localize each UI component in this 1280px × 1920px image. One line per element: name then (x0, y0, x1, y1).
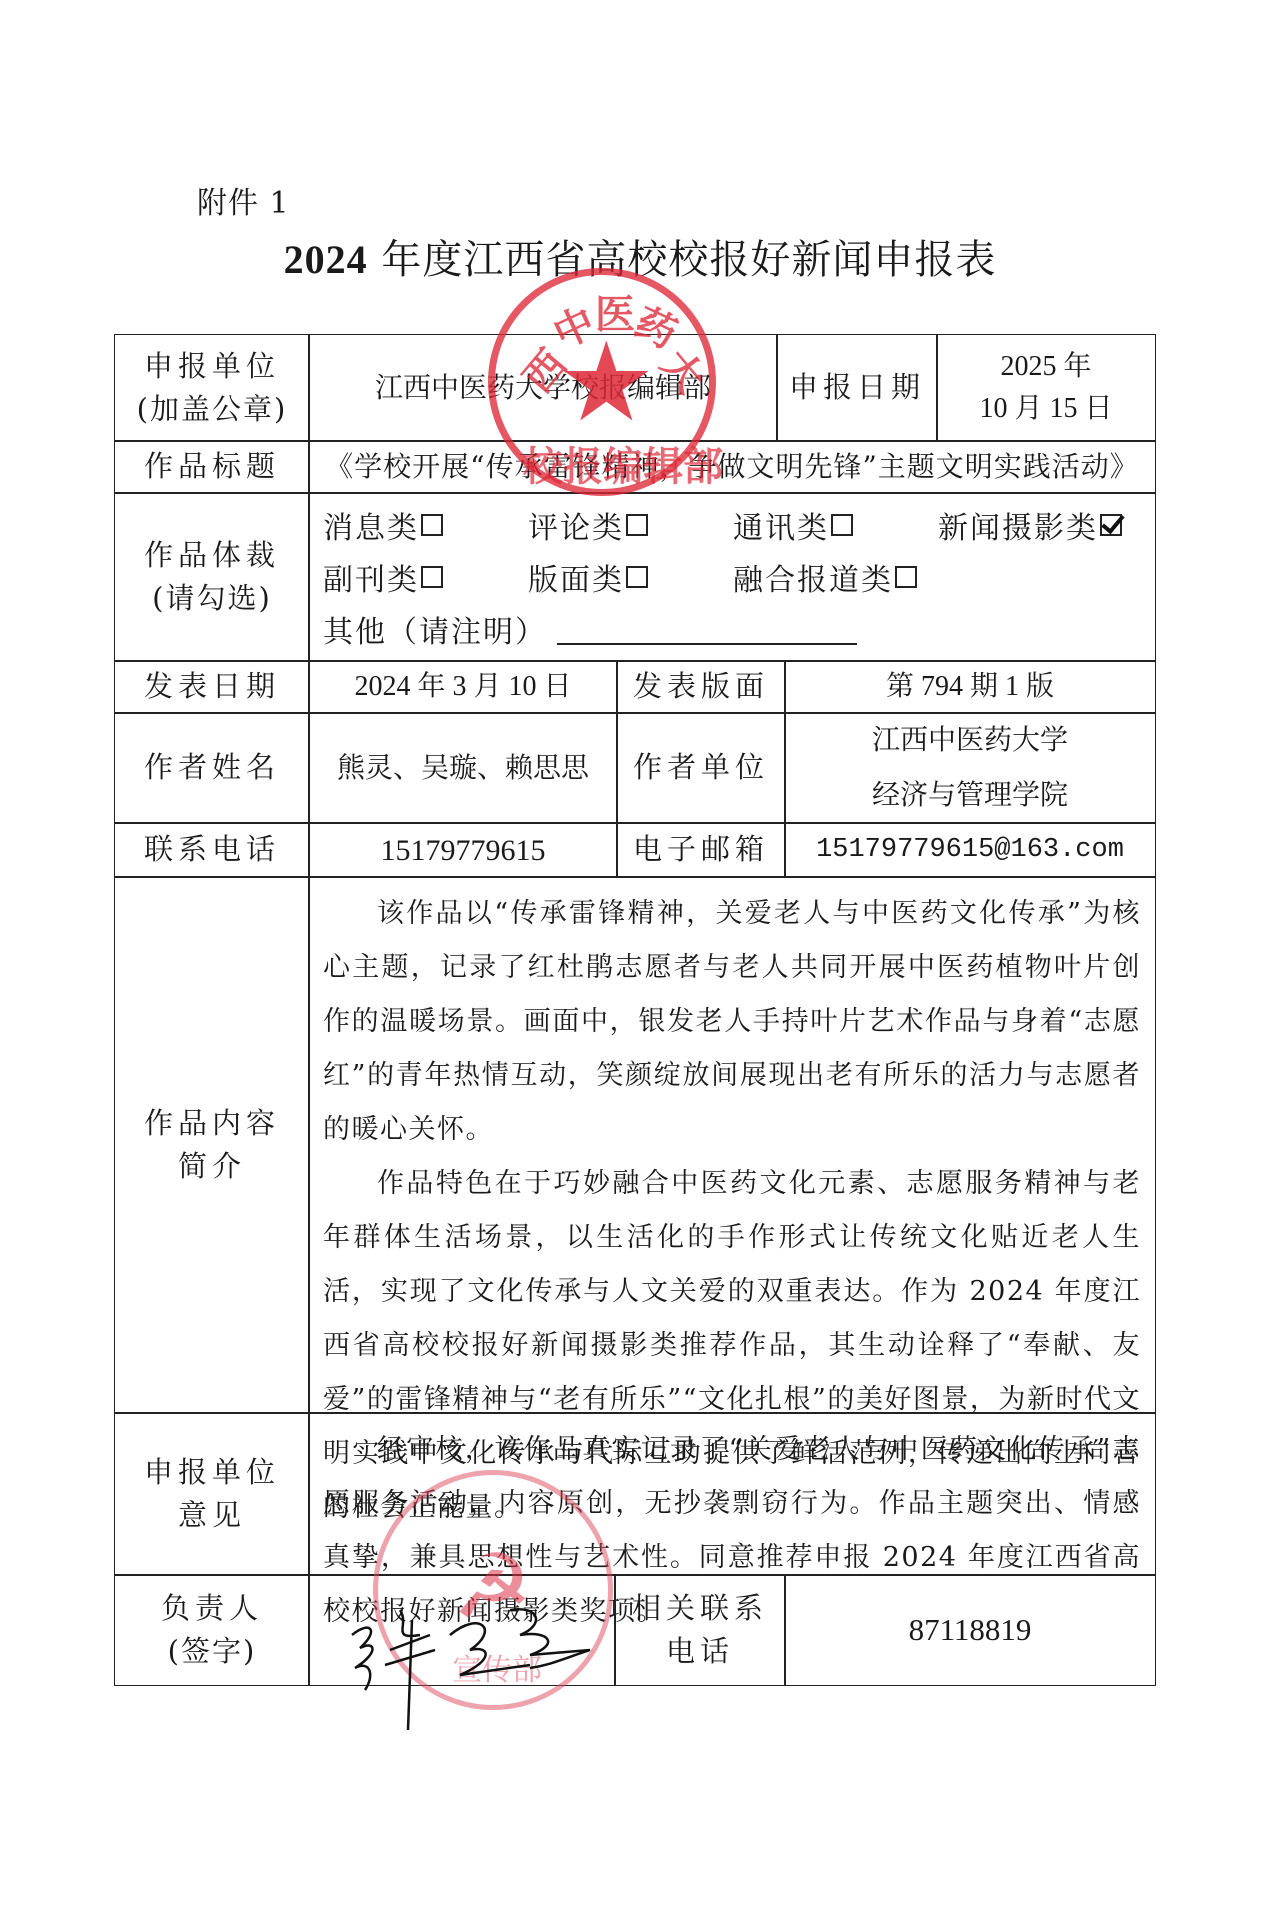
genre-other: 其他（请注明） (323, 607, 547, 651)
option-label: 新闻摄影类 (938, 503, 1098, 547)
opinion-label: 申报单位意见 (114, 1412, 310, 1576)
checkbox-checked-icon[interactable] (1100, 514, 1122, 536)
summary-text: 该作品以“传承雷锋精神，关爱老人与中医药文化传承”为核心主题，记录了红杜鹃志愿者… (308, 876, 1156, 1414)
checkbox-icon[interactable] (421, 566, 443, 588)
option-label: 评论类 (528, 503, 624, 547)
genre-option-convergence[interactable]: 融合报道类 (733, 555, 917, 599)
label-line: 负责人 (161, 1587, 263, 1631)
label-line: 相关联系 (632, 1587, 768, 1631)
checkbox-icon[interactable] (421, 514, 443, 536)
responsible-label: 负责人(签字) (114, 1574, 310, 1686)
label-line: 作品体裁 (144, 534, 280, 578)
date-line: 10 月 15 日 (979, 388, 1112, 430)
label-line: 作品内容 (144, 1102, 280, 1146)
checkbox-icon[interactable] (831, 514, 853, 536)
applicant-unit-value: 江西中医药大学校报编辑部 (308, 334, 778, 442)
phone-label: 联系电话 (114, 822, 310, 878)
publish-date-label: 发表日期 (114, 660, 310, 714)
author-name-value: 熊灵、吴璇、赖思思 (308, 712, 618, 824)
email-label: 电子邮箱 (616, 822, 786, 878)
option-label: 通讯类 (733, 503, 829, 547)
genre-label: 作品体裁(请勾选) (114, 492, 310, 662)
genre-option-supplement[interactable]: 副刊类 (323, 555, 528, 599)
summary-label: 作品内容简介 (114, 876, 310, 1414)
opinion-text: 经审核，该作品真实记录了“关爱老人与中医药文化传承”志愿服务活动，内容原创，无抄… (308, 1412, 1156, 1576)
other-label: 其他（请注明） (323, 607, 547, 651)
document-title: 2024 年度江西省高校校报好新闻申报表 (0, 228, 1280, 285)
author-unit-value: 江西中医药大学经济与管理学院 (784, 712, 1156, 824)
date-line: 2025 年 (979, 346, 1112, 388)
genre-option-photo[interactable]: 新闻摄影类 (938, 503, 1122, 547)
label-line: 简介 (144, 1145, 280, 1189)
unit-line: 经济与管理学院 (872, 768, 1068, 823)
option-label: 版面类 (528, 555, 624, 599)
option-label: 消息类 (323, 503, 419, 547)
label-line: 意见 (144, 1494, 280, 1538)
checkbox-icon[interactable] (626, 566, 648, 588)
work-title-value: 《学校开展“传承雷锋精神，争做文明先锋”主题文明实践活动》 (308, 440, 1156, 494)
title-text: 年度江西省高校校报好新闻申报表 (368, 237, 997, 283)
label-line: 申报单位 (144, 1451, 280, 1495)
genre-option-layout[interactable]: 版面类 (528, 555, 733, 599)
genre-options: 消息类 评论类 通讯类 新闻摄影类 副刊类 版面类 融合报道类 其他（请注明） (308, 492, 1156, 662)
applicant-unit-label: 申报单位(加盖公章) (114, 334, 310, 442)
publish-page-label: 发表版面 (616, 660, 786, 714)
title-year: 2024 (284, 237, 368, 282)
apply-date-value: 2025 年10 月 15 日 (936, 334, 1156, 442)
other-input[interactable] (557, 613, 857, 645)
seal-char: 医 (595, 283, 635, 340)
checkbox-icon[interactable] (895, 566, 917, 588)
author-name-label: 作者姓名 (114, 712, 310, 824)
genre-option-correspondence[interactable]: 通讯类 (733, 503, 938, 547)
publish-date-value: 2024 年 3 月 10 日 (308, 660, 618, 714)
label-line: (请勾选) (144, 577, 280, 621)
summary-paragraph: 该作品以“传承雷锋精神，关爱老人与中医药文化传承”为核心主题，记录了红杜鹃志愿者… (323, 887, 1141, 1157)
genre-option-commentary[interactable]: 评论类 (528, 503, 733, 547)
option-label: 副刊类 (323, 555, 419, 599)
contact-phone-value: 87118819 (784, 1574, 1156, 1686)
author-unit-label: 作者单位 (616, 712, 786, 824)
email-value: 15179779615@163.com (784, 822, 1156, 878)
unit-line: 江西中医药大学 (872, 713, 1068, 768)
checkbox-icon[interactable] (626, 514, 648, 536)
label-line: 申报单位 (137, 345, 288, 389)
label-line: (加盖公章) (137, 388, 288, 432)
label-line: (签字) (161, 1630, 263, 1674)
signature-cell (308, 1574, 616, 1686)
genre-option-news[interactable]: 消息类 (323, 503, 528, 547)
publish-page-value: 第 794 期 1 版 (784, 660, 1156, 714)
option-label: 融合报道类 (733, 555, 893, 599)
contact-phone-label: 相关联系电话 (614, 1574, 786, 1686)
label-line: 电话 (632, 1630, 768, 1674)
apply-date-label: 申报日期 (776, 334, 938, 442)
phone-value: 15179779615 (308, 822, 618, 878)
attachment-label: 附件 1 (197, 178, 290, 222)
work-title-label: 作品标题 (114, 440, 310, 494)
